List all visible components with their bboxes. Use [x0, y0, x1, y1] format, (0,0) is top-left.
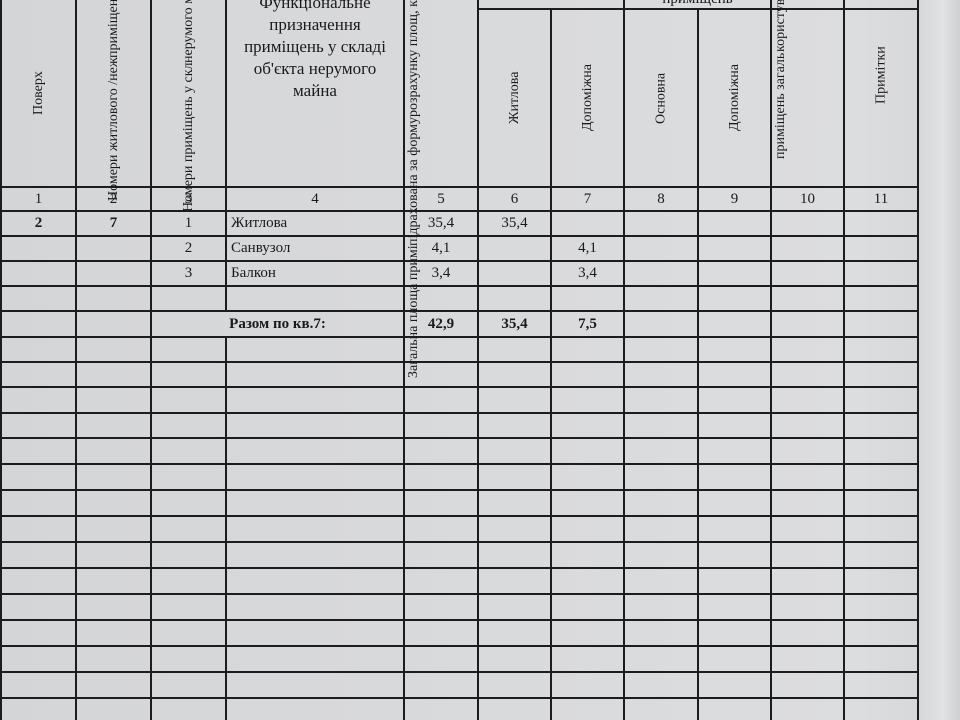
header-unit-numbers-l1: Номери житлового /неж [105, 58, 123, 202]
grid-hline [0, 463, 919, 465]
header-room-numbers-l2: нерумого майн [180, 0, 198, 63]
column-number: 5 [405, 188, 477, 210]
cell-aux: 4,1 [552, 237, 623, 260]
grid-vline [697, 8, 699, 720]
header-unit-numbers: Номери житлового /неж приміщення [77, 0, 150, 186]
grid-hline [0, 567, 919, 569]
grid-hline [0, 619, 919, 621]
column-number: 3 [152, 188, 225, 210]
grid-hline [0, 671, 919, 673]
summary-aux: 7,5 [552, 312, 623, 336]
area-table: Поверх Номери житлового /неж приміщення … [0, 0, 960, 720]
cell-unit: 7 [77, 212, 150, 235]
column-number: 7 [552, 188, 623, 210]
grid-vline [75, 0, 77, 720]
summary-merge [224, 312, 228, 336]
column-number: 8 [625, 188, 697, 210]
grid-vline [917, 0, 919, 720]
cell-aux: 3,4 [552, 262, 623, 285]
grid-vline [0, 0, 2, 720]
grid-hline [0, 186, 919, 188]
header-main: Основна [625, 10, 697, 186]
column-number: 11 [845, 188, 917, 210]
grid-hline [0, 336, 919, 338]
cell-living [479, 262, 550, 285]
grid-vline [403, 0, 405, 720]
cell-floor [2, 237, 75, 260]
grid-hline-subheader [477, 8, 918, 10]
header-total-area-l3: розрахунку площ, к [405, 0, 423, 117]
grid-hline [0, 437, 919, 439]
grid-hline [0, 361, 919, 363]
header-room-numbers: Номери приміщень у скл нерумого майн [152, 0, 225, 186]
cell-room: 1 [152, 212, 225, 235]
cell-total: 35,4 [405, 212, 477, 235]
header-floor: Поверх [2, 0, 75, 186]
grid-hline [0, 235, 919, 237]
summary-total: 42,9 [405, 312, 477, 336]
cell-function: Житлова [227, 212, 407, 235]
cell-floor: 2 [2, 212, 75, 235]
column-number: 1 [2, 188, 75, 210]
cell-unit [77, 237, 150, 260]
grid-vline [623, 0, 625, 720]
header-auxiliary-a: Допоміжна [552, 10, 623, 186]
grid-vline [843, 0, 845, 720]
column-number: 6 [479, 188, 550, 210]
cell-unit [77, 262, 150, 285]
header-common-use: приміщень загаль користування [772, 0, 843, 130]
grid-hline [0, 697, 919, 699]
grid-vline [225, 0, 227, 720]
header-function-l0: Функціональне [227, 0, 403, 14]
header-function: Функціональне призначення приміщень у ск… [227, 0, 403, 102]
header-function-l4: майна [227, 80, 403, 102]
cell-floor [2, 262, 75, 285]
cell-room: 3 [152, 262, 225, 285]
grid-hline [0, 285, 919, 287]
grid-hline [0, 310, 919, 312]
grid-hline [0, 593, 919, 595]
grid-vline [770, 0, 772, 720]
header-function-l1: призначення [227, 14, 403, 36]
cell-total: 4,1 [405, 237, 477, 260]
cell-function: Балкон [227, 262, 407, 285]
cell-room: 2 [152, 237, 225, 260]
cell-living [479, 237, 550, 260]
cell-function: Санвузол [227, 237, 407, 260]
header-auxiliary-b: Допоміжна [699, 10, 770, 186]
cell-total: 3,4 [405, 262, 477, 285]
cell-living: 35,4 [479, 212, 550, 235]
header-unit-numbers-l2: приміщення [105, 0, 123, 58]
grid-vline [150, 0, 152, 720]
grid-hline [0, 645, 919, 647]
header-function-l3: об'єкта нерумого [227, 58, 403, 80]
column-number: 9 [699, 188, 770, 210]
grid-hline [0, 260, 919, 262]
header-notes: Примітки [845, 0, 917, 150]
grid-vline [550, 8, 552, 720]
grid-hline [0, 210, 919, 212]
header-function-l2: приміщень у складі [227, 36, 403, 58]
summary-living: 35,4 [479, 312, 550, 336]
summary-label: Разом по кв.7: [152, 312, 403, 336]
header-living: Житлова [479, 10, 550, 186]
grid-hline [0, 489, 919, 491]
grid-hline [0, 515, 919, 517]
header-common-use-l1: приміщень загаль [772, 52, 790, 158]
column-number: 4 [227, 188, 403, 210]
grid-hline [0, 541, 919, 543]
grid-hline [0, 386, 919, 388]
cell-aux [552, 212, 623, 235]
grid-hline [0, 412, 919, 414]
grid-vline [477, 0, 479, 720]
header-total-area: Загальна площа примі підрахована за форм… [405, 0, 477, 186]
column-number: 2 [77, 188, 150, 210]
column-number: 10 [772, 188, 843, 210]
